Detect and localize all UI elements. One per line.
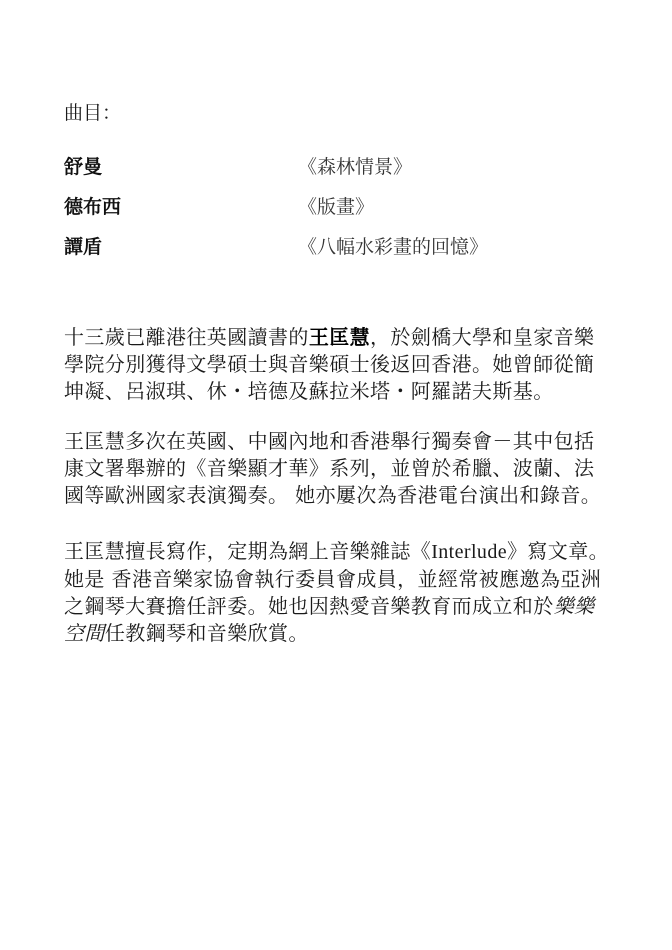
composer-name: 譚盾 bbox=[64, 233, 102, 261]
program-list: 舒曼 《森林情景》 德布西 《版畫》 譚盾 《八幅水彩畫的回憶》 bbox=[64, 153, 612, 273]
artist-name: 王匡慧 bbox=[309, 325, 370, 349]
composer-name: 舒曼 bbox=[64, 153, 102, 181]
bio-paragraph-performances: 王匡慧多次在英國、中國內地和香港舉行獨奏會－其中包括 康文署舉辦的《音樂顯才華》… bbox=[64, 428, 612, 509]
bio-line: 康文署舉辦的《音樂顯才華》系列，並曾於希臘、波蘭、法 bbox=[64, 455, 612, 482]
bio-line: 她是 香港音樂家協會執行委員會成員，並經常被應邀為亞洲 bbox=[64, 566, 612, 593]
bio-line: 空間任教鋼琴和音樂欣賞。 bbox=[64, 620, 612, 647]
bio-text: 》寫文章。 bbox=[507, 539, 609, 563]
program-item: 德布西 《版畫》 bbox=[64, 193, 612, 233]
bio-line: 十三歲已離港往英國讀書的王匡慧，於劍橋大學和皇家音樂 bbox=[64, 324, 612, 351]
program-item: 譚盾 《八幅水彩畫的回憶》 bbox=[64, 233, 612, 273]
program-item: 舒曼 《森林情景》 bbox=[64, 153, 612, 193]
bio-line: 王匡慧多次在英國、中國內地和香港舉行獨奏會－其中包括 bbox=[64, 428, 612, 455]
bio-text: ，於劍橋大學和皇家音樂 bbox=[370, 325, 594, 349]
magazine-name: Interlude bbox=[431, 541, 507, 563]
bio-line: 學院分別獲得文學碩士與音樂碩士後返回香港。她曾師從簡 bbox=[64, 351, 612, 378]
program-heading: 曲目： bbox=[64, 99, 121, 127]
bio-paragraph-activities: 王匡慧擅長寫作，定期為網上音樂雜誌《Interlude》寫文章。 她是 香港音樂… bbox=[64, 538, 612, 647]
bio-text: 任教鋼琴和音樂欣賞。 bbox=[105, 621, 309, 645]
bio-line: 國等歐洲國家表演獨奏。 她亦屢次為香港電台演出和錄音。 bbox=[64, 482, 612, 509]
bio-text: 之鋼琴大賽擔任評委。她也因熱愛音樂教育而成立和於 bbox=[64, 594, 554, 618]
bio-text: 王匡慧擅長寫作，定期為網上音樂雜誌《 bbox=[64, 539, 431, 563]
studio-name: 樂樂 bbox=[554, 594, 595, 618]
work-title: 《八幅水彩畫的回憶》 bbox=[298, 233, 488, 261]
bio-line: 王匡慧擅長寫作，定期為網上音樂雜誌《Interlude》寫文章。 bbox=[64, 538, 612, 566]
composer-name: 德布西 bbox=[64, 193, 121, 221]
work-title: 《森林情景》 bbox=[298, 153, 412, 181]
work-title: 《版畫》 bbox=[298, 193, 374, 221]
bio-paragraph-education: 十三歲已離港往英國讀書的王匡慧，於劍橋大學和皇家音樂 學院分別獲得文學碩士與音樂… bbox=[64, 324, 612, 405]
bio-text: 十三歲已離港往英國讀書的 bbox=[64, 325, 309, 349]
studio-name: 空間 bbox=[64, 621, 105, 645]
bio-line: 坤凝、呂淑琪、休・培德及蘇拉米塔・阿羅諾夫斯基。 bbox=[64, 378, 612, 405]
bio-line: 之鋼琴大賽擔任評委。她也因熱愛音樂教育而成立和於樂樂 bbox=[64, 593, 612, 620]
